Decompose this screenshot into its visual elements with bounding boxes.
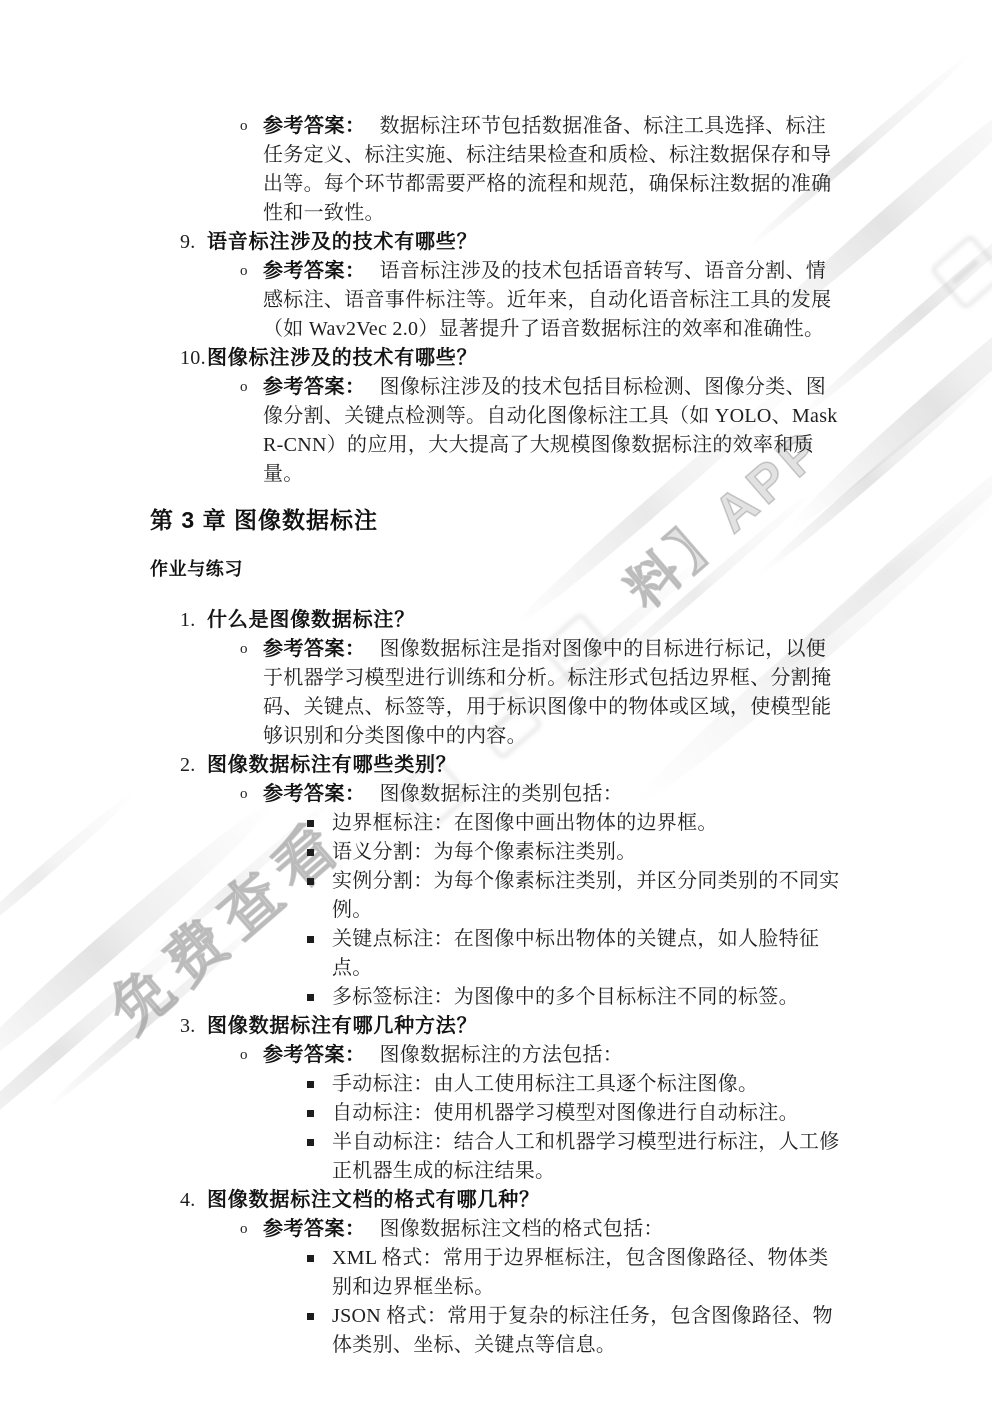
question-item: 1. 什么是图像数据标注？ o 参考答案：图像数据标注是指对图像中的目标进行标记…	[150, 606, 845, 751]
sub-bullet-item: 自动标注：使用机器学习模型对图像进行自动标注。	[307, 1099, 845, 1128]
question-row: 3. 图像数据标注有哪几种方法？	[180, 1012, 845, 1041]
answer-row: o 参考答案：图像标注涉及的技术包括目标检测、图像分类、图像分割、关键点检测等。…	[240, 373, 845, 489]
answer-row: o 参考答案：图像数据标注的方法包括：	[240, 1041, 845, 1070]
answer-bullet-list: XML 格式：常用于边界框标注，包含图像路径、物体类别和边界框坐标。 JSON …	[150, 1244, 845, 1360]
question-item: 3. 图像数据标注有哪几种方法？ o 参考答案：图像数据标注的方法包括： 手动标…	[150, 1012, 845, 1186]
answer-row: o 参考答案：语音标注涉及的技术包括语音转写、语音分割、情感标注、语音事件标注等…	[240, 257, 845, 344]
answer-circle-marker: o	[240, 1215, 263, 1244]
question-number: 3.	[180, 1012, 207, 1041]
sub-bullet-text: XML 格式：常用于边界框标注，包含图像路径、物体类别和边界框坐标。	[332, 1244, 842, 1302]
question-item: 2. 图像数据标注有哪些类别？ o 参考答案：图像数据标注的类别包括： 边界框标…	[150, 751, 845, 1012]
question-text: 图像标注涉及的技术有哪些？	[207, 344, 477, 373]
sub-bullet-item: 手动标注：由人工使用标注工具逐个标注图像。	[307, 1070, 845, 1099]
answer-paragraph: 参考答案：图像数据标注文档的格式包括：	[263, 1215, 845, 1244]
question-row: 4. 图像数据标注文档的格式有哪几种？	[180, 1186, 845, 1215]
answer-bullet-list: 手动标注：由人工使用标注工具逐个标注图像。 自动标注：使用机器学习模型对图像进行…	[150, 1070, 845, 1186]
answer-label: 参考答案：	[263, 783, 366, 805]
question-text: 什么是图像数据标注？	[207, 606, 415, 635]
exercise-list: 1. 什么是图像数据标注？ o 参考答案：图像数据标注是指对图像中的目标进行标记…	[150, 606, 845, 1360]
square-bullet-marker	[307, 925, 332, 983]
question-number: 10.	[180, 344, 207, 373]
question-text: 语音标注涉及的技术有哪些？	[207, 228, 477, 257]
answer-label: 参考答案：	[263, 1044, 366, 1066]
answer-circle-marker: o	[240, 257, 263, 344]
question-text: 图像数据标注文档的格式有哪几种？	[207, 1186, 540, 1215]
answer-paragraph: 参考答案：语音标注涉及的技术包括语音转写、语音分割、情感标注、语音事件标注等。近…	[263, 257, 845, 344]
sub-bullet-item: XML 格式：常用于边界框标注，包含图像路径、物体类别和边界框坐标。	[307, 1244, 845, 1302]
answer-circle-marker: o	[240, 373, 263, 489]
answer-bullet-list: 边界框标注：在图像中画出物体的边界框。 语义分割：为每个像素标注类别。 实例分割…	[150, 809, 845, 1012]
answer-label: 参考答案：	[263, 260, 366, 282]
square-bullet-marker	[307, 1244, 332, 1302]
question-text: 图像数据标注有哪些类别？	[207, 751, 457, 780]
answer-label: 参考答案：	[263, 638, 366, 660]
answer-circle-marker: o	[240, 635, 263, 751]
sub-bullet-item: 边界框标注：在图像中画出物体的边界框。	[307, 809, 845, 838]
question-row: 9. 语音标注涉及的技术有哪些？	[180, 228, 845, 257]
sub-bullet-text: 自动标注：使用机器学习模型对图像进行自动标注。	[332, 1099, 842, 1128]
sub-bullet-item: 实例分割：为每个像素标注类别，并区分同类别的不同实例。	[307, 867, 845, 925]
square-bullet-marker	[307, 1302, 332, 1360]
section-title: 作业与练习	[150, 557, 845, 582]
answer-label: 参考答案：	[263, 376, 366, 398]
question-item: 4. 图像数据标注文档的格式有哪几种？ o 参考答案：图像数据标注文档的格式包括…	[150, 1186, 845, 1360]
chapter-title: 第 3 章 图像数据标注	[150, 505, 845, 535]
question-row: 2. 图像数据标注有哪些类别？	[180, 751, 845, 780]
square-bullet-marker	[307, 838, 332, 867]
question-item: 10. 图像标注涉及的技术有哪些？ o 参考答案：图像标注涉及的技术包括目标检测…	[150, 344, 845, 489]
question-row: 1. 什么是图像数据标注？	[180, 606, 845, 635]
square-bullet-marker	[307, 809, 332, 838]
sub-bullet-item: 关键点标注：在图像中标出物体的关键点，如人脸特征点。	[307, 925, 845, 983]
answer-row: o 参考答案：图像数据标注文档的格式包括：	[240, 1215, 845, 1244]
sub-bullet-text: 手动标注：由人工使用标注工具逐个标注图像。	[332, 1070, 842, 1099]
sub-bullet-item: 多标签标注：为图像中的多个目标标注不同的标签。	[307, 983, 845, 1012]
square-bullet-marker	[307, 1099, 332, 1128]
sub-bullet-item: 半自动标注：结合人工和机器学习模型进行标注，人工修正机器生成的标注结果。	[307, 1128, 845, 1186]
question-number: 9.	[180, 228, 207, 257]
sub-bullet-text: 实例分割：为每个像素标注类别，并区分同类别的不同实例。	[332, 867, 842, 925]
watermark-ghost-glyph	[930, 234, 992, 310]
square-bullet-marker	[307, 1128, 332, 1186]
intro-answer-block: o 参考答案：数据标注环节包括数据准备、标注工具选择、标注任务定义、标注实施、标…	[240, 112, 845, 228]
answer-text: 图像数据标注的方法包括：	[380, 1044, 624, 1066]
answer-label: 参考答案：	[263, 115, 366, 137]
answer-paragraph: 参考答案：图像数据标注的类别包括：	[263, 780, 845, 809]
answer-row: o 参考答案：图像数据标注是指对图像中的目标进行标记，以便于机器学习模型进行训练…	[240, 635, 845, 751]
answer-paragraph: 参考答案：数据标注环节包括数据准备、标注工具选择、标注任务定义、标注实施、标注结…	[263, 112, 845, 228]
sub-bullet-text: 语义分割：为每个像素标注类别。	[332, 838, 842, 867]
sub-bullet-text: 多标签标注：为图像中的多个目标标注不同的标签。	[332, 983, 842, 1012]
document-content: o 参考答案：数据标注环节包括数据准备、标注工具选择、标注任务定义、标注实施、标…	[0, 0, 845, 1360]
square-bullet-marker	[307, 1070, 332, 1099]
question-text: 图像数据标注有哪几种方法？	[207, 1012, 477, 1041]
sub-bullet-text: 半自动标注：结合人工和机器学习模型进行标注，人工修正机器生成的标注结果。	[332, 1128, 842, 1186]
answer-paragraph: 参考答案：图像标注涉及的技术包括目标检测、图像分类、图像分割、关键点检测等。自动…	[263, 373, 845, 489]
question-number: 4.	[180, 1186, 207, 1215]
answer-text: 图像数据标注的类别包括：	[380, 783, 624, 805]
answer-circle-marker: o	[240, 780, 263, 809]
question-number: 1.	[180, 606, 207, 635]
answer-circle-marker: o	[240, 112, 263, 228]
sub-bullet-text: 关键点标注：在图像中标出物体的关键点，如人脸特征点。	[332, 925, 842, 983]
sub-bullet-item: 语义分割：为每个像素标注类别。	[307, 838, 845, 867]
question-number: 2.	[180, 751, 207, 780]
square-bullet-marker	[307, 867, 332, 925]
document-page: 免费查看 料】APP o 参考答案：数据标注环节包括数据准备、标注工具选择、标注…	[0, 0, 992, 1403]
square-bullet-marker	[307, 983, 332, 1012]
question-list-top: 9. 语音标注涉及的技术有哪些？ o 参考答案：语音标注涉及的技术包括语音转写、…	[150, 228, 845, 489]
answer-text: 图像数据标注文档的格式包括：	[380, 1218, 664, 1240]
sub-bullet-text: JSON 格式：常用于复杂的标注任务，包含图像路径、物体类别、坐标、关键点等信息…	[332, 1302, 842, 1360]
question-item: 9. 语音标注涉及的技术有哪些？ o 参考答案：语音标注涉及的技术包括语音转写、…	[150, 228, 845, 344]
answer-circle-marker: o	[240, 1041, 263, 1070]
question-row: 10. 图像标注涉及的技术有哪些？	[180, 344, 845, 373]
answer-row: o 参考答案：图像数据标注的类别包括：	[240, 780, 845, 809]
answer-paragraph: 参考答案：图像数据标注的方法包括：	[263, 1041, 845, 1070]
answer-label: 参考答案：	[263, 1218, 366, 1240]
sub-bullet-text: 边界框标注：在图像中画出物体的边界框。	[332, 809, 842, 838]
sub-bullet-item: JSON 格式：常用于复杂的标注任务，包含图像路径、物体类别、坐标、关键点等信息…	[307, 1302, 845, 1360]
answer-paragraph: 参考答案：图像数据标注是指对图像中的目标进行标记，以便于机器学习模型进行训练和分…	[263, 635, 845, 751]
